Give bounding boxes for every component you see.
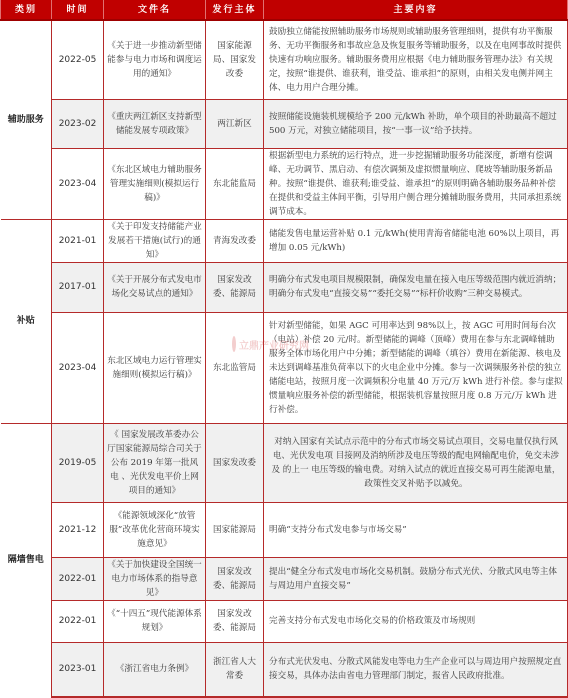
cell-issuer: 国家发改委、能源局	[206, 262, 264, 312]
cell-content: 根据新型电力系统的运行特点，进一步挖掘辅助服务功能深度，新增有偿调峰、无功调节、…	[264, 148, 568, 219]
cell-content: 储能发售电量运营补贴 0.1 元/kWh(使用青海省储能电池 60%以上项目，再…	[264, 219, 568, 262]
cell-filename: 《关于开展分布式发电市场化交易试点的通知》	[104, 262, 206, 312]
cell-content: 对纳入国家有关试点示范中的分布式市场交易试点项目，交易电量仅执行风电、光伏发电项…	[264, 423, 568, 502]
cell-filename: 《关于进一步推动新型储能参与电力市场和调度运用的通知》	[104, 20, 206, 99]
cell-time: 2021-01	[52, 219, 104, 262]
cell-time: 2021-12	[52, 502, 104, 557]
cell-content: 按照储能设施装机规模给予 200 元/kWh 补助，单个项目的补助最高不超过 5…	[264, 99, 568, 148]
header-category: 类别	[1, 0, 52, 20]
category-aux-service: 辅助服务	[1, 20, 52, 219]
table-row: 2023-01 《浙江省电力条例》 浙江省人大常委 分布式光伏发电、分散式风能发…	[1, 642, 568, 689]
cell-time: 2022-01	[52, 600, 104, 642]
cell-issuer: 浙江省人大常委	[206, 642, 264, 689]
cell-time: 2023-04	[52, 312, 104, 423]
category-subsidy: 补贴	[1, 219, 52, 423]
cell-filename: 《 国家发展改革委办公厅国家能源局综合司关于公布 2019 年第一批风电 、光伏…	[104, 423, 206, 502]
cell-content: 明确分布式发电项目规模限制，确保发电量在接入电压等级范围内就近消纳；明确分布式发…	[264, 262, 568, 312]
policy-table: 类别 时间 文件名 发行主体 主要内容 辅助服务 2022-05 《关于进一步推…	[0, 0, 568, 689]
table-row: 2023-04 东北区域电力运行管理实施细则(模拟运行稿)》 东北监管局 针对新…	[1, 312, 568, 423]
cell-content: 分布式光伏发电、分散式风能发电等电力生产企业可以与周边用户按照规定直接交易，具体…	[264, 642, 568, 689]
table-row: 2023-04 《东北区域电力辅助服务管理实施细则(模拟运行稿)》 东北能监局 …	[1, 148, 568, 219]
cell-filename: 《东北区域电力辅助服务管理实施细则(模拟运行稿)》	[104, 148, 206, 219]
cell-filename: 《浙江省电力条例》	[104, 642, 206, 689]
cell-content: 鼓励独立储能按照辅助服务市场规则或辅助服务管理细则，提供有功平衡服务、无功平衡服…	[264, 20, 568, 99]
cell-time: 2023-04	[52, 148, 104, 219]
cell-time: 2022-01	[52, 557, 104, 600]
cell-issuer: 东北监管局	[206, 312, 264, 423]
header-content: 主要内容	[264, 0, 568, 20]
table-row: 2023-02 《重庆两江新区支持新型储能发展专项政策》 两江新区 按照储能设施…	[1, 99, 568, 148]
category-wall-power-sales: 隔墙售电	[1, 423, 52, 689]
table-row: 2017-01 《关于开展分布式发电市场化交易试点的通知》 国家发改委、能源局 …	[1, 262, 568, 312]
cell-content: 完善支持分布式发电市场化交易的价格政策及市场规则	[264, 600, 568, 642]
cell-content: 提出“健全分布式发电市场化交易机制。鼓励分布式光伏、分散式风电等主体与周边用户直…	[264, 557, 568, 600]
cell-issuer: 青海发改委	[206, 219, 264, 262]
cell-issuer: 国家能源局	[206, 502, 264, 557]
cell-issuer: 国家发改委、能源局	[206, 600, 264, 642]
table-row: 补贴 2021-01 《关于印发支持储能产业发展若干措施(试行)的通知》 青海发…	[1, 219, 568, 262]
table-row: 隔墙售电 2019-05 《 国家发展改革委办公厅国家能源局综合司关于公布 20…	[1, 423, 568, 502]
cell-issuer: 东北能监局	[206, 148, 264, 219]
header-issuer: 发行主体	[206, 0, 264, 20]
cell-time: 2019-05	[52, 423, 104, 502]
cell-filename: 《“十四五”现代能源体系规划》	[104, 600, 206, 642]
cell-filename: 《关于加快建设全国统一电力市场体系的指导意见》	[104, 557, 206, 600]
cell-filename: 《重庆两江新区支持新型储能发展专项政策》	[104, 99, 206, 148]
table-row: 2021-12 《能源领域深化“放管服”改革优化营商环境实施意见》 国家能源局 …	[1, 502, 568, 557]
header-row: 类别 时间 文件名 发行主体 主要内容	[1, 0, 568, 20]
cell-filename: 东北区域电力运行管理实施细则(模拟运行稿)》	[104, 312, 206, 423]
table-row: 辅助服务 2022-05 《关于进一步推动新型储能参与电力市场和调度运用的通知》…	[1, 20, 568, 99]
cell-content: 针对新型储能，如果 AGC 可用率达到 98%以上，按 AGC 可用时间每台次（…	[264, 312, 568, 423]
cell-time: 2022-05	[52, 20, 104, 99]
cell-issuer: 国家发改委	[206, 423, 264, 502]
cell-time: 2017-01	[52, 262, 104, 312]
cell-content: 明确“支持分布式发电参与市场交易”	[264, 502, 568, 557]
header-filename: 文件名	[104, 0, 206, 20]
table-row: 2022-01 《“十四五”现代能源体系规划》 国家发改委、能源局 完善支持分布…	[1, 600, 568, 642]
table-row: 2022-01 《关于加快建设全国统一电力市场体系的指导意见》 国家发改委、能源…	[1, 557, 568, 600]
cell-issuer: 国家发改委、能源局	[206, 557, 264, 600]
cell-issuer: 两江新区	[206, 99, 264, 148]
cell-issuer: 国家能源局、国家发改委	[206, 20, 264, 99]
cell-time: 2023-01	[52, 642, 104, 689]
header-time: 时间	[52, 0, 104, 20]
cell-filename: 《能源领域深化“放管服”改革优化营商环境实施意见》	[104, 502, 206, 557]
cell-filename: 《关于印发支持储能产业发展若干措施(试行)的通知》	[104, 219, 206, 262]
cell-time: 2023-02	[52, 99, 104, 148]
